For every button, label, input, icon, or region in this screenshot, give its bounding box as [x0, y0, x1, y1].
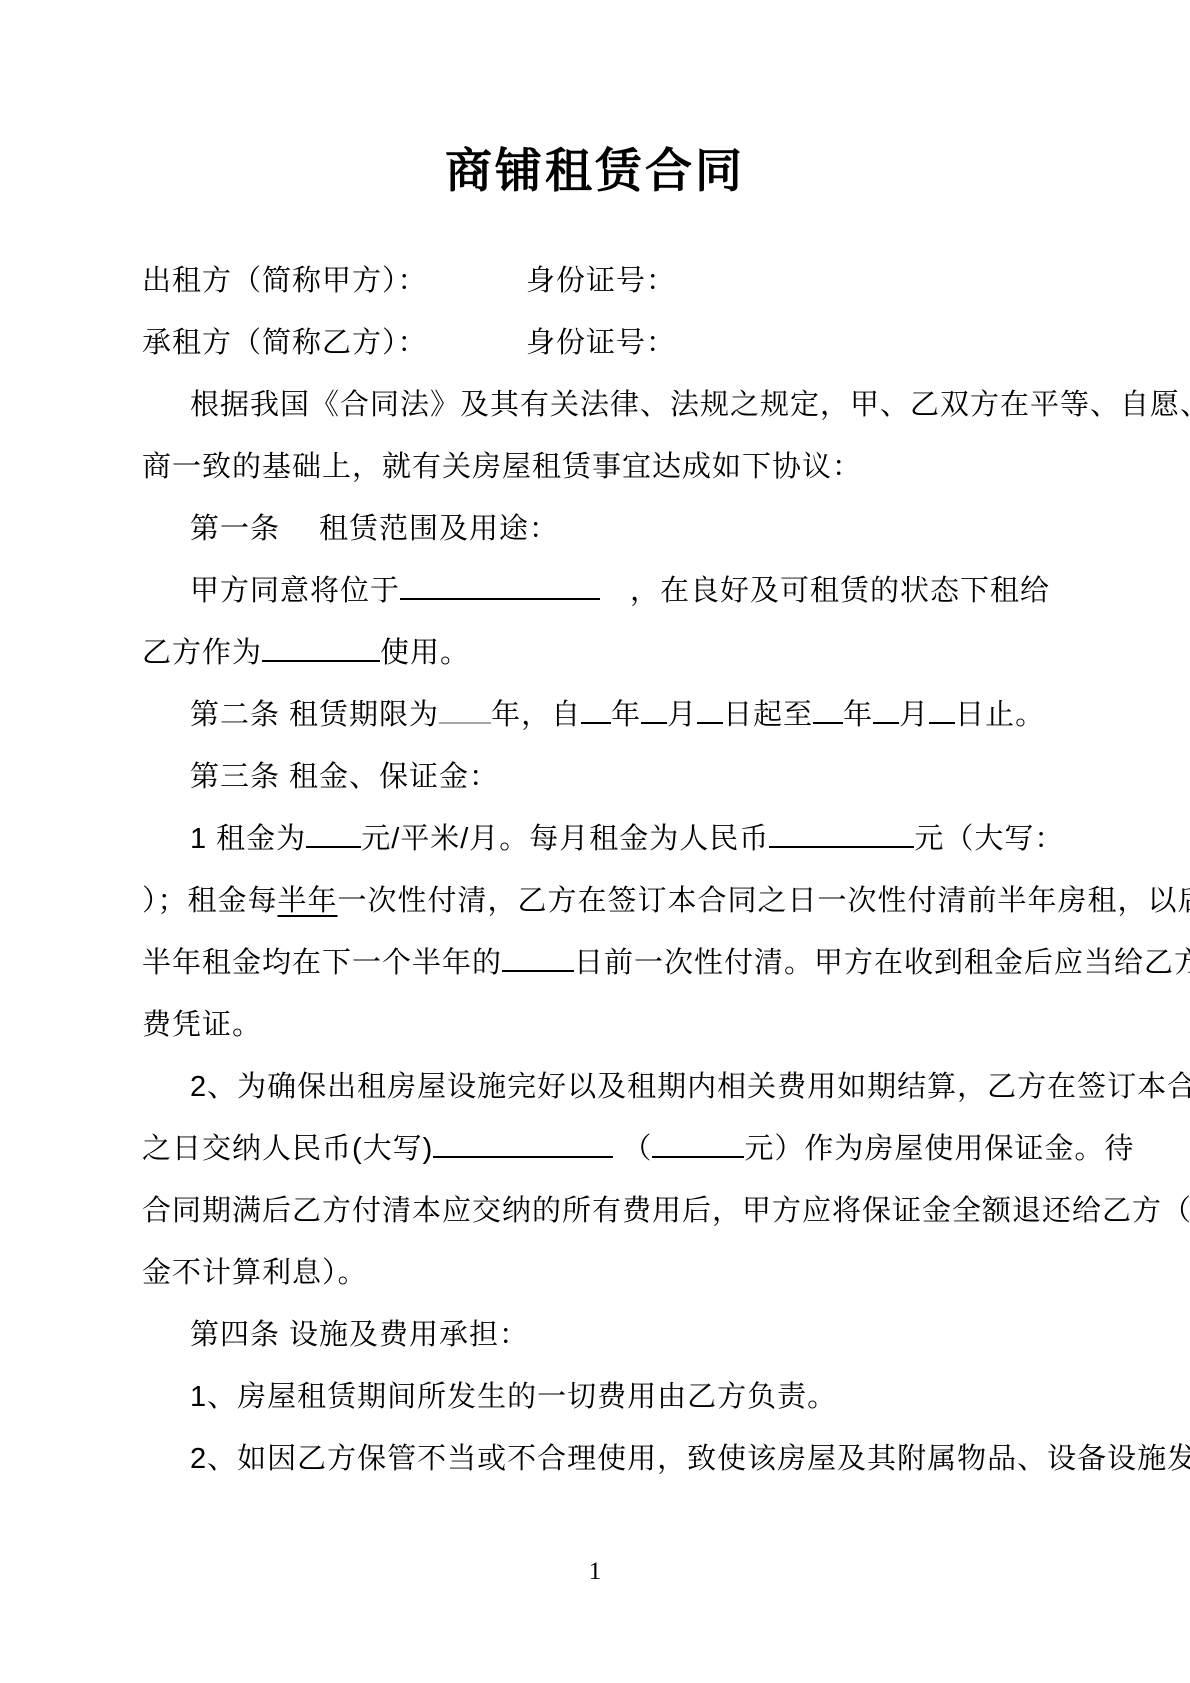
- body-lines: 根据我国《合同法》及其有关法律、法规之规定，甲、乙双方在平等、自愿、协商一致的基…: [142, 374, 1048, 1490]
- lessee-label: 承租方（简称乙方）：: [142, 312, 526, 374]
- text-run: 1 租金为: [190, 823, 306, 855]
- blank-field: [433, 1126, 613, 1158]
- text-run: 半年租金均在下一个半年的: [142, 947, 502, 979]
- text-run: 第二条 租赁期限为: [190, 699, 439, 731]
- text-run: 月: [899, 699, 929, 731]
- body-line: 第四条 设施及费用承担：: [142, 1304, 1048, 1366]
- body-line: 根据我国《合同法》及其有关法律、法规之规定，甲、乙双方在平等、自愿、协: [142, 374, 1048, 436]
- blank-field: [641, 692, 667, 724]
- blank-field: [400, 568, 600, 600]
- text-run: 年，自: [491, 699, 581, 731]
- text-run: 月: [667, 699, 697, 731]
- body-line: 乙方作为使用。: [142, 622, 1048, 684]
- lessor-row: 出租方（简称甲方）：身份证号：: [142, 250, 1048, 312]
- document-body: 出租方（简称甲方）：身份证号： 承租方（简称乙方）：身份证号： 根据我国《合同法…: [142, 250, 1048, 1490]
- body-line: ）；租金每半年一次性付清，乙方在签订本合同之日一次性付清前半年房租，以后每: [142, 870, 1048, 932]
- text-run: 1、房屋租赁期间所发生的一切费用由乙方负责。: [190, 1381, 837, 1413]
- page-number: 1: [142, 1558, 1048, 1586]
- text-run: 年: [843, 699, 873, 731]
- text-run: 费凭证。: [142, 1009, 262, 1041]
- lessee-id-label: 身份证号：: [526, 327, 676, 359]
- body-line: 之日交纳人民币(大写) （元）作为房屋使用保证金。待: [142, 1118, 1048, 1180]
- body-line: 第三条 租金、保证金：: [142, 746, 1048, 808]
- blank-field: [769, 816, 914, 848]
- text-run: 2、为确保出租房屋设施完好以及租期内相关费用如期结算，乙方在签订本合同: [190, 1071, 1190, 1103]
- body-line: 第二条 租赁期限为年，自年月日起至年月日止。: [142, 684, 1048, 746]
- body-line: 1、房屋租赁期间所发生的一切费用由乙方负责。: [142, 1366, 1048, 1428]
- blank-field: [652, 1126, 744, 1158]
- blank-field: [813, 692, 843, 724]
- text-run: 商一致的基础上，就有关房屋租赁事宜达成如下协议：: [142, 451, 862, 483]
- blank-field: [502, 940, 574, 972]
- body-line: 费凭证。: [142, 994, 1048, 1056]
- text-run: 元）作为房屋使用保证金。待: [744, 1133, 1134, 1165]
- body-line: 甲方同意将位于 ，在良好及可租赁的状态下租给: [142, 560, 1048, 622]
- text-run: 元（大写：: [914, 823, 1064, 855]
- text-run: 使用。: [380, 637, 470, 669]
- lessor-label: 出租方（简称甲方）：: [142, 250, 526, 312]
- body-line: 2、为确保出租房屋设施完好以及租期内相关费用如期结算，乙方在签订本合同: [142, 1056, 1048, 1118]
- blank-field: [306, 816, 361, 848]
- text-run: 合同期满后乙方付清本应交纳的所有费用后，甲方应将保证金全额退还给乙方（保证: [142, 1195, 1190, 1227]
- blank-field: [697, 692, 723, 724]
- body-line: 合同期满后乙方付清本应交纳的所有费用后，甲方应将保证金全额退还给乙方（保证: [142, 1180, 1048, 1242]
- text-run: 2、如因乙方保管不当或不合理使用，致使该房屋及其附属物品、设备设施发生: [190, 1443, 1190, 1475]
- document-title: 商铺租赁合同: [142, 140, 1048, 204]
- blank-field: [262, 630, 380, 662]
- lessor-id-label: 身份证号：: [526, 265, 676, 297]
- text-run: 一次性付清，乙方在签订本合同之日一次性付清前半年房租，以后每: [338, 885, 1190, 917]
- text-run: 金不计算利息）。: [142, 1257, 368, 1289]
- body-line: 1 租金为元/平米/月。每月租金为人民币元（大写：: [142, 808, 1048, 870]
- lessee-row: 承租方（简称乙方）：身份证号：: [142, 312, 1048, 374]
- text-run: 乙方作为: [142, 637, 262, 669]
- text-run: 半年: [278, 885, 338, 917]
- text-run: 之日交纳人民币(大写): [142, 1133, 433, 1165]
- blank-field: [439, 692, 491, 724]
- text-run: 第三条 租金、保证金：: [190, 761, 499, 793]
- body-line: 第一条 租赁范围及用途：: [142, 498, 1048, 560]
- body-line: 半年租金均在下一个半年的日前一次性付清。甲方在收到租金后应当给乙方收: [142, 932, 1048, 994]
- text-run: 甲方同意将位于: [190, 575, 400, 607]
- body-line: 金不计算利息）。: [142, 1242, 1048, 1304]
- text-run: 第一条 租赁范围及用途：: [190, 513, 559, 545]
- blank-field: [873, 692, 899, 724]
- text-run: 根据我国《合同法》及其有关法律、法规之规定，甲、乙双方在平等、自愿、协: [190, 389, 1190, 421]
- text-run: ）；租金每: [142, 885, 278, 917]
- text-run: （: [613, 1133, 652, 1165]
- text-run: 日起至: [723, 699, 813, 731]
- text-run: 年: [611, 699, 641, 731]
- text-run: 日止。: [955, 699, 1045, 731]
- text-run: 第四条 设施及费用承担：: [190, 1319, 529, 1351]
- blank-field: [929, 692, 955, 724]
- text-run: 元/平米/月。每月租金为人民币: [361, 823, 769, 855]
- body-line: 2、如因乙方保管不当或不合理使用，致使该房屋及其附属物品、设备设施发生: [142, 1428, 1048, 1490]
- contract-page: 商铺租赁合同 出租方（简称甲方）：身份证号： 承租方（简称乙方）：身份证号： 根…: [0, 0, 1190, 1683]
- text-run: ，在良好及可租赁的状态下租给: [600, 575, 1050, 607]
- text-run: 日前一次性付清。甲方在收到租金后应当给乙方收: [574, 947, 1190, 979]
- body-line: 商一致的基础上，就有关房屋租赁事宜达成如下协议：: [142, 436, 1048, 498]
- blank-field: [581, 692, 611, 724]
